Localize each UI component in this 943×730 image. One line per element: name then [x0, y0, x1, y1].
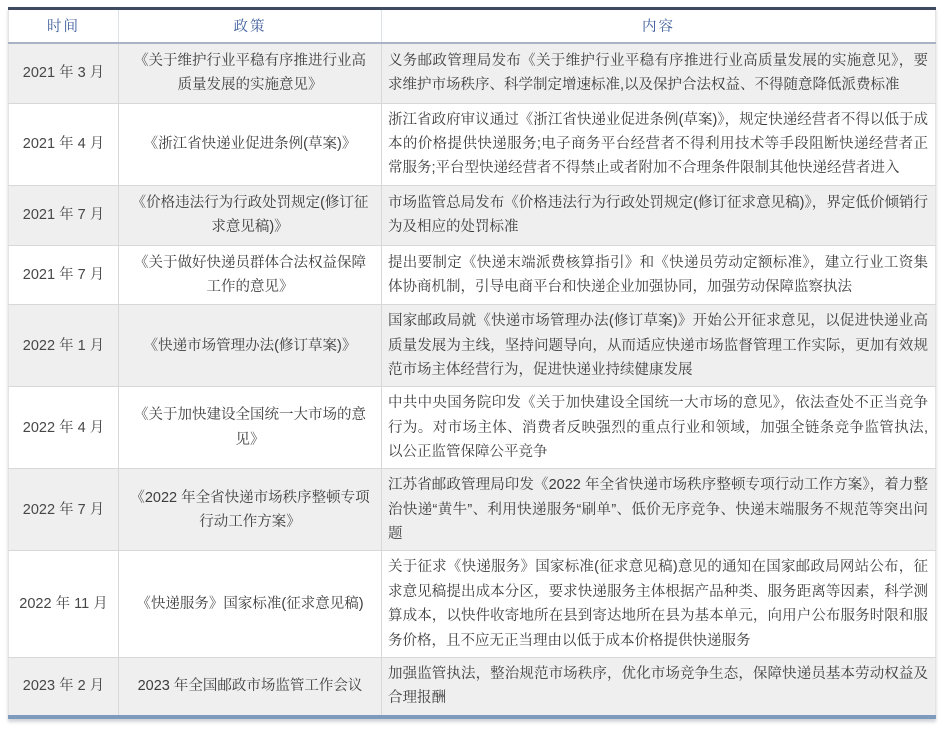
cell-policy: 《浙江省快递业促进条例(草案)》 [119, 103, 382, 185]
table-row: 2021 年 7 月 《关于做好快递员群体合法权益保障工作的意见》 提出要制定《… [9, 245, 936, 305]
table-row: 2022 年 1 月 《快递市场管理办法(修订草案)》 国家邮政局就《快递市场管… [9, 305, 936, 387]
cell-time: 2021 年 7 月 [9, 245, 119, 305]
cell-content: 义务邮政管理局发布《关于维护行业平稳有序推进行业高质量发展的实施意见》，要求维护… [382, 43, 936, 103]
cell-policy: 《2022 年全省快递市场秩序整顿专项行动工作方案》 [119, 469, 382, 551]
column-header-time: 时间 [9, 9, 119, 44]
document-page: 时间 政策 内容 2021 年 3 月 《关于维护行业平稳有序推进行业高质量发展… [0, 0, 943, 730]
cell-content: 国家邮政局就《快递市场管理办法(修订草案)》开始公开征求意见，以促进快递业高质量… [382, 305, 936, 387]
cell-time: 2022 年 4 月 [9, 387, 119, 469]
cell-content: 江苏省邮政管理局印发《2022 年全省快递市场秩序整顿专项行动工作方案》，着力整… [382, 469, 936, 551]
table-row: 2022 年 7 月 《2022 年全省快递市场秩序整顿专项行动工作方案》 江苏… [9, 469, 936, 551]
cell-content: 中共中央国务院印发《关于加快建设全国统一大市场的意见》，依法查处不正当竞争行为。… [382, 387, 936, 469]
cell-policy: 《关于维护行业平稳有序推进行业高质量发展的实施意见》 [119, 43, 382, 103]
table-row: 2022 年 4 月 《关于加快建设全国统一大市场的意见》 中共中央国务院印发《… [9, 387, 936, 469]
cell-policy: 《价格违法行为行政处罚规定(修订征求意见稿)》 [119, 185, 382, 245]
cell-policy: 《关于加快建设全国统一大市场的意见》 [119, 387, 382, 469]
table-body: 2021 年 3 月 《关于维护行业平稳有序推进行业高质量发展的实施意见》 义务… [9, 43, 936, 717]
cell-policy: 《快递服务》国家标准(征求意见稿) [119, 551, 382, 657]
cell-policy: 2023 年全国邮政市场监管工作会议 [119, 657, 382, 716]
cell-time: 2022 年 1 月 [9, 305, 119, 387]
header-row: 时间 政策 内容 [9, 9, 936, 44]
cell-policy: 《关于做好快递员群体合法权益保障工作的意见》 [119, 245, 382, 305]
column-header-content: 内容 [382, 9, 936, 44]
cell-time: 2022 年 11 月 [9, 551, 119, 657]
cell-content: 关于征求《快递服务》国家标准(征求意见稿)意见的通知在国家邮政局网站公布，征求意… [382, 551, 936, 657]
cell-time: 2023 年 2 月 [9, 657, 119, 716]
column-header-policy: 政策 [119, 9, 382, 44]
cell-time: 2022 年 7 月 [9, 469, 119, 551]
cell-content: 加强监管执法，整治规范市场秩序，优化市场竞争生态，保障快递员基本劳动权益及合理报… [382, 657, 936, 716]
policy-table: 时间 政策 内容 2021 年 3 月 《关于维护行业平稳有序推进行业高质量发展… [8, 7, 936, 719]
cell-policy: 《快递市场管理办法(修订草案)》 [119, 305, 382, 387]
cell-content: 提出要制定《快递末端派费核算指引》和《快递员劳动定额标准》，建立行业工资集体协商… [382, 245, 936, 305]
table-row: 2022 年 11 月 《快递服务》国家标准(征求意见稿) 关于征求《快递服务》… [9, 551, 936, 657]
table-row: 2021 年 4 月 《浙江省快递业促进条例(草案)》 浙江省政府审议通过《浙江… [9, 103, 936, 185]
cell-time: 2021 年 3 月 [9, 43, 119, 103]
cell-time: 2021 年 7 月 [9, 185, 119, 245]
table-row: 2021 年 3 月 《关于维护行业平稳有序推进行业高质量发展的实施意见》 义务… [9, 43, 936, 103]
cell-time: 2021 年 4 月 [9, 103, 119, 185]
table-row: 2023 年 2 月 2023 年全国邮政市场监管工作会议 加强监管执法，整治规… [9, 657, 936, 716]
cell-content: 浙江省政府审议通过《浙江省快递业促进条例(草案)》，规定快递经营者不得以低于成本… [382, 103, 936, 185]
table-row: 2021 年 7 月 《价格违法行为行政处罚规定(修订征求意见稿)》 市场监管总… [9, 185, 936, 245]
cell-content: 市场监管总局发布《价格违法行为行政处罚规定(修订征求意见稿)》，界定低价倾销行为… [382, 185, 936, 245]
